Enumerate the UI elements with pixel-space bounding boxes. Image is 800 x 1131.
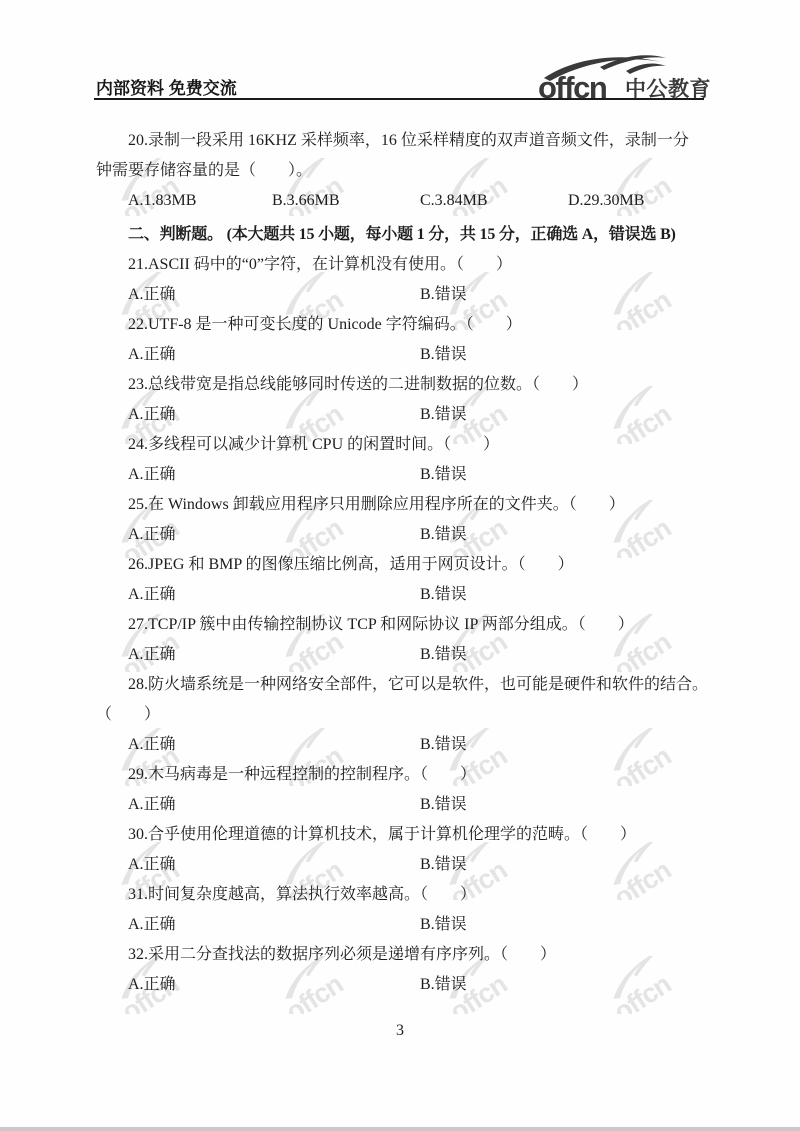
question-28-option-correct: A.正确 bbox=[128, 730, 176, 760]
question-27-option-wrong: B.错误 bbox=[420, 640, 467, 670]
question-32-line-1: 32.采用二分查找法的数据序列必须是递增有序序列。（ ） bbox=[96, 940, 704, 970]
question-31-options: A.正确B.错误 bbox=[96, 910, 704, 940]
question-28-options: A.正确B.错误 bbox=[96, 730, 704, 760]
offcn-logo: offcn 中公教育 bbox=[538, 52, 714, 102]
exam-page: offcnoffcnoffcnoffcnoffcnoffcnoffcnoffcn… bbox=[0, 0, 800, 1131]
question-32-option-wrong: B.错误 bbox=[420, 970, 467, 1000]
question-31-line-1: 31.时间复杂度越高，算法执行效率越高。（ ） bbox=[96, 880, 704, 910]
question-27-option-correct: A.正确 bbox=[128, 640, 176, 670]
question-20-option-B: B.3.66MB bbox=[272, 186, 340, 216]
question-20-option-D: D.29.30MB bbox=[568, 186, 644, 216]
question-25-line-1: 25.在 Windows 卸载应用程序只用删除应用程序所在的文件夹。（ ） bbox=[96, 490, 704, 520]
question-30-option-correct: A.正确 bbox=[128, 850, 176, 880]
question-20-option-C: C.3.84MB bbox=[420, 186, 488, 216]
question-21-line-1: 21.ASCII 码中的“0”字符，在计算机没有使用。（ ） bbox=[96, 250, 704, 280]
question-22-line-1: 22.UTF-8 是一种可变长度的 Unicode 字符编码。（ ） bbox=[96, 310, 704, 340]
question-31-option-correct: A.正确 bbox=[128, 910, 176, 940]
question-23-option-correct: A.正确 bbox=[128, 400, 176, 430]
question-23-option-wrong: B.错误 bbox=[420, 400, 467, 430]
page-bottom-edge bbox=[0, 1127, 800, 1131]
question-21-options: A.正确B.错误 bbox=[96, 280, 704, 310]
question-20-options: A.1.83MBB.3.66MBC.3.84MBD.29.30MB bbox=[96, 186, 704, 216]
logo-cjk-text: 中公教育 bbox=[625, 77, 711, 101]
question-27-line-1: 27.TCP/IP 簇中由传输控制协议 TCP 和网际协议 IP 两部分组成。（… bbox=[96, 610, 704, 640]
question-31-option-wrong: B.错误 bbox=[420, 910, 467, 940]
logo-latin-text: offcn bbox=[538, 70, 607, 102]
question-21-option-correct: A.正确 bbox=[128, 280, 176, 310]
question-23-options: A.正确B.错误 bbox=[96, 400, 704, 430]
question-24-line-1: 24.多线程可以减少计算机 CPU 的闲置时间。（ ） bbox=[96, 430, 704, 460]
question-30-options: A.正确B.错误 bbox=[96, 850, 704, 880]
question-27-options: A.正确B.错误 bbox=[96, 640, 704, 670]
question-20-option-A: A.1.83MB bbox=[128, 186, 196, 216]
question-28-line-2: （ ） bbox=[96, 700, 704, 730]
question-20-line-2: 钟需要存储容量的是（ ）。 bbox=[96, 156, 704, 186]
question-30-line-1: 30.合乎使用伦理道德的计算机技术，属于计算机伦理学的范畴。（ ） bbox=[96, 820, 704, 850]
question-29-option-wrong: B.错误 bbox=[420, 790, 467, 820]
question-24-option-wrong: B.错误 bbox=[420, 460, 467, 490]
question-29-option-correct: A.正确 bbox=[128, 790, 176, 820]
question-26-line-1: 26.JPEG 和 BMP 的图像压缩比例高，适用于网页设计。（ ） bbox=[96, 550, 704, 580]
exam-content: 20.录制一段采用 16KHZ 采样频率，16 位采样精度的双声道音频文件，录制… bbox=[96, 0, 704, 1000]
question-32-options: A.正确B.错误 bbox=[96, 970, 704, 1000]
question-24-options: A.正确B.错误 bbox=[96, 460, 704, 490]
question-26-option-correct: A.正确 bbox=[128, 580, 176, 610]
question-25-option-correct: A.正确 bbox=[128, 520, 176, 550]
question-21-option-wrong: B.错误 bbox=[420, 280, 467, 310]
question-23-line-1: 23.总线带宽是指总线能够同时传送的二进制数据的位数。（ ） bbox=[96, 370, 704, 400]
question-22-options: A.正确B.错误 bbox=[96, 340, 704, 370]
question-29-line-1: 29.木马病毒是一种远程控制的控制程序。（ ） bbox=[96, 760, 704, 790]
question-30-option-wrong: B.错误 bbox=[420, 850, 467, 880]
header-classification-text: 内部资料 免费交流 bbox=[96, 74, 237, 99]
question-28-line-1: 28.防火墙系统是一种网络安全部件，它可以是软件，也可能是硬件和软件的结合。 bbox=[96, 670, 704, 700]
question-29-options: A.正确B.错误 bbox=[96, 790, 704, 820]
question-26-option-wrong: B.错误 bbox=[420, 580, 467, 610]
question-25-options: A.正确B.错误 bbox=[96, 520, 704, 550]
question-32-option-correct: A.正确 bbox=[128, 970, 176, 1000]
judge-question-list: 21.ASCII 码中的“0”字符，在计算机没有使用。（ ）A.正确B.错误22… bbox=[96, 250, 704, 1000]
question-20-line-1: 20.录制一段采用 16KHZ 采样频率，16 位采样精度的双声道音频文件，录制… bbox=[96, 126, 704, 156]
question-26-options: A.正确B.错误 bbox=[96, 580, 704, 610]
question-22-option-correct: A.正确 bbox=[128, 340, 176, 370]
question-25-option-wrong: B.错误 bbox=[420, 520, 467, 550]
question-24-option-correct: A.正确 bbox=[128, 460, 176, 490]
page-number: 3 bbox=[0, 1022, 800, 1040]
question-22-option-wrong: B.错误 bbox=[420, 340, 467, 370]
section-2-heading: 二、判断题。 (本大题共 15 小题，每小题 1 分，共 15 分，正确选 A，… bbox=[96, 220, 704, 250]
question-28-option-wrong: B.错误 bbox=[420, 730, 467, 760]
